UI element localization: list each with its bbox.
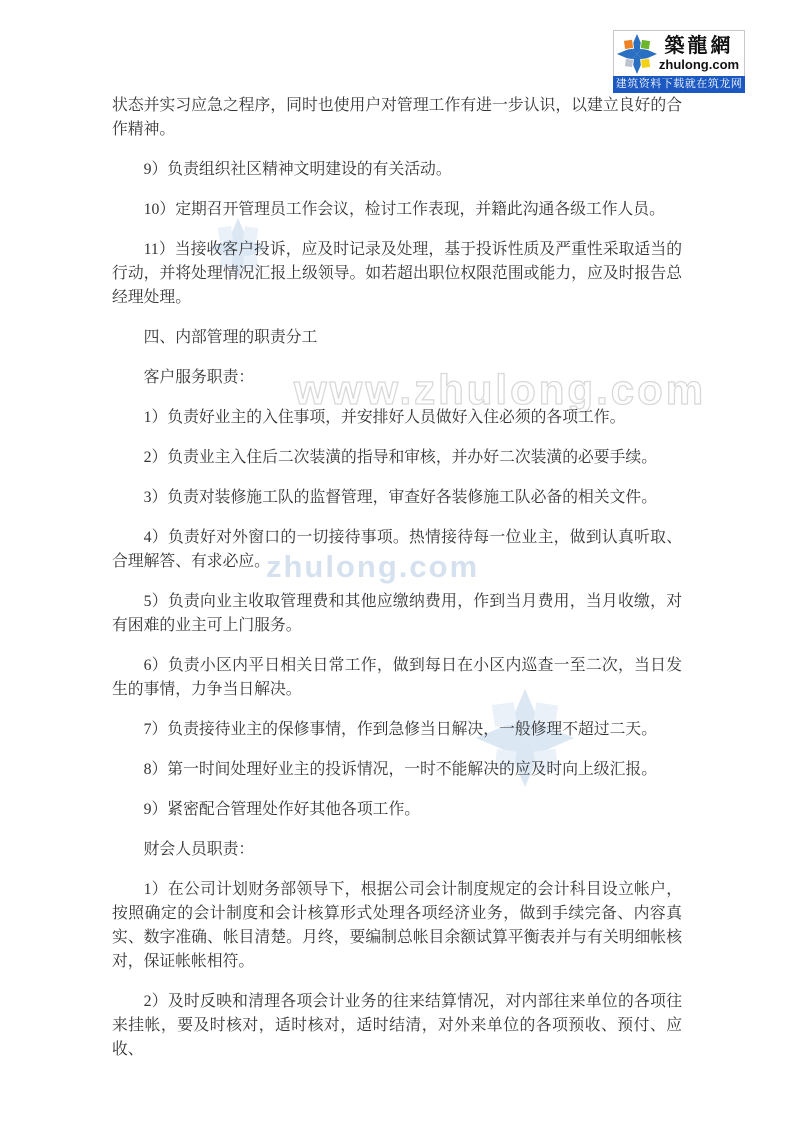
logo-title: 築龍網 <box>657 36 741 56</box>
paragraph: 11）当接收客户投诉，应及时记录及处理，基于投诉性质及严重性采取适当的行动，并将… <box>112 238 682 310</box>
paragraph: 6）负责小区内平日相关日常工作，做到每日在小区内巡查一至二次，当日发生的事情，力… <box>112 654 682 702</box>
paragraph: 状态并实习应急之程序，同时也使用户对管理工作有进一步认识，以建立良好的合作精神。 <box>112 94 682 142</box>
paragraph: 4）负责好对外窗口的一切接待事项。热情接待每一位业主，做到认真听取、合理解答、有… <box>112 526 682 574</box>
paragraph: 2）负责业主入住后二次装潢的指导和审核，并办好二次装潢的必要手续。 <box>112 446 682 470</box>
paragraph: 2）及时反映和清理各项会计业务的往来结算情况，对内部往来单位的各项往来挂帐，要及… <box>112 990 682 1062</box>
paragraph: 7）负责接待业主的保修事情，作到急修当日解决，一般修理不超过二天。 <box>112 718 682 742</box>
paragraph: 3）负责对装修施工队的监督管理，审查好各装修施工队必备的相关文件。 <box>112 486 682 510</box>
paragraph: 1）在公司计划财务部领导下，根据公司会计制度规定的会计科目设立帐户，按照确定的会… <box>112 878 682 974</box>
paragraph: 9）紧密配合管理处作好其他各项工作。 <box>112 798 682 822</box>
paragraph: 财会人员职责： <box>112 838 682 862</box>
paragraph: 5）负责向业主收取管理费和其他应缴纳费用，作到当月费用，当月收缴，对有困难的业主… <box>112 590 682 638</box>
logo-banner: 建筑资料下载就在筑龙网 <box>613 76 745 93</box>
document-body: 状态并实习应急之程序，同时也使用户对管理工作有进一步认识，以建立良好的合作精神。… <box>112 94 682 1078</box>
paragraph: 客户服务职责： <box>112 366 682 390</box>
paragraph: 四、内部管理的职责分工 <box>112 326 682 350</box>
zhulong-logo: 築龍網 zhulong.com 建筑资料下载就在筑龙网 <box>613 30 745 93</box>
paragraph: 10）定期召开管理员工作会议，检讨工作表现，并籍此沟通各级工作人员。 <box>112 198 682 222</box>
paragraph: 9）负责组织社区精神文明建设的有关活动。 <box>112 158 682 182</box>
paragraph: 1）负责好业主的入住事项，并安排好人员做好入住必须的各项工作。 <box>112 406 682 430</box>
paragraph: 8）第一时间处理好业主的投诉情况，一时不能解决的应及时向上级汇报。 <box>112 758 682 782</box>
document-page: www.zhulong.com zhulong.com <box>0 0 793 1122</box>
logo-text: 築龍網 zhulong.com <box>657 36 741 71</box>
logo-domain: zhulong.com <box>657 58 741 71</box>
logo-box: 築龍網 zhulong.com <box>613 30 745 76</box>
zhulong-diamond-icon <box>617 34 657 74</box>
